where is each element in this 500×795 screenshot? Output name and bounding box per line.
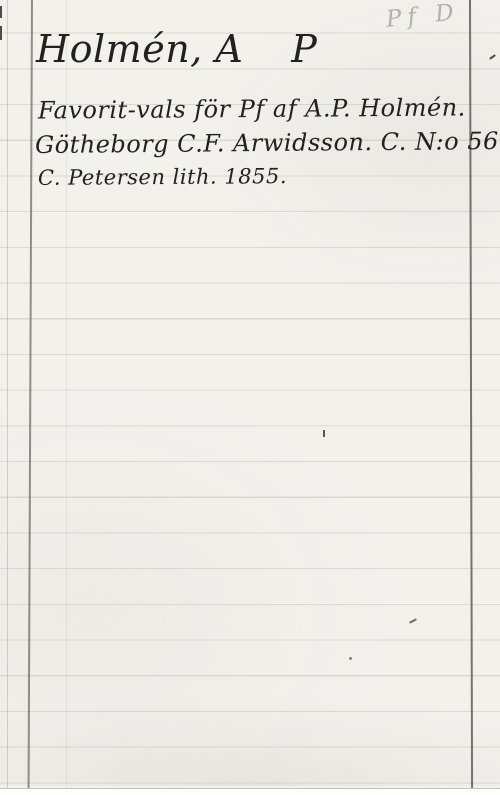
left-margin-line [28,0,33,788]
entry-publisher-line: Götheborg C.F. Arwidsson. C. N:o 56 [35,129,499,157]
heading-name: Holmén, A [36,30,243,68]
ink-speck [349,657,352,660]
ink-speck [323,430,325,437]
scan-edge-artifact [0,26,2,40]
heading-second-initial: P [291,30,317,68]
ruled-paper: Pf D Holmén, A P Favorit-vals för Pf af … [0,0,500,789]
entry-lithographer-line: C. Petersen lith. 1855. [38,166,287,189]
scan-edge-artifact [0,6,2,18]
entry-title-line: Favorit-vals för Pf af A.P. Holmén. [38,96,466,123]
scanned-catalogue-card: Pf D Holmén, A P Favorit-vals för Pf af … [0,0,500,795]
right-margin-line [469,0,473,788]
left-edge-line [7,0,8,788]
ink-speck [409,618,417,624]
ink-speck [489,54,496,60]
pencil-shelfmark-note: Pf D [385,0,461,33]
card-heading: Holmén, A P [36,30,317,68]
